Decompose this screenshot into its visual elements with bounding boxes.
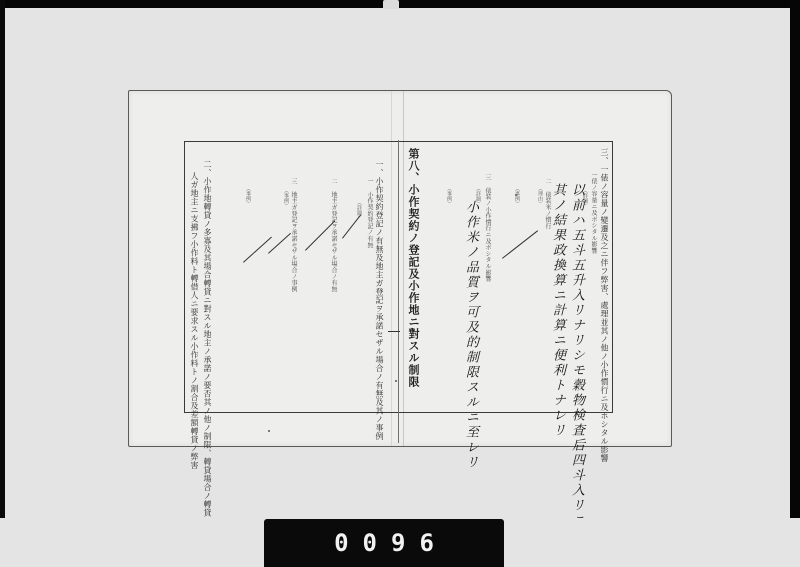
center-rule [398,140,399,443]
handwritten-col-3: 小作米ノ品質ヲ可及的制限スルニ至レリ [462,200,477,470]
item-1-sub-1: 一 小作契約登記ノ有無 [366,178,372,248]
item-1-sub-2: 二 地主ガ登記ヲ承諾セザル場合ノ有無 [330,178,336,292]
film-frame-tab [383,0,399,9]
item-3-heading: 三、一俵ノ容量ノ變遷及之ニ伴フ弊害、處理並其ノ他ノ小作慣行ニ及ホシタル影響 [600,148,608,463]
note-label: （理由） [537,186,542,206]
note-label: （事例） [514,186,519,206]
margin-mark [388,331,400,332]
item-3-sub-3: 三 俵装ノ小作慣行ニ及ボシタル影響 [484,174,490,282]
section-title: 第八、小作契約ノ登記及小作地ニ對スル制限 [408,148,419,388]
handwritten-col-1: 以前ハ五斗五升入リナリシモ穀物検査后四斗入リニ改ヘリ [568,183,583,567]
speck [395,380,397,382]
frame-number: 0096 [264,529,504,557]
item-1-sub-3: 三 地主ガ登記ヲ承諾セザル場合ノ事例 [290,178,296,292]
film-frame-right [790,0,800,567]
film-frame-top [0,0,800,8]
item-2-heading-b: 人ガ地主ニ支拂フ小作料ト轉借人ニ要求スル小作料トノ割合及差額轉貸ノ弊害 [190,172,198,470]
handwritten-col-2: 其ノ結果政換算ニ計算ニ便利トナレリ [549,183,564,438]
item-1-heading: 一、小作契約登記ノ有無及地主ガ登記ヲ承諾セザル場合ノ有無及其ノ事例 [375,160,383,441]
note-label: （事例） [245,186,250,206]
speck [268,430,270,432]
note-label: （事例） [283,188,288,208]
speck [515,194,517,196]
film-frame-left [0,0,5,567]
note-label: （事例） [446,186,451,206]
item-3-sub-1: 一俵ノ容量ニ及ボシタル影響 [590,172,596,254]
item-3-sub-2: 二 俵装米ノ慣行 [544,178,550,229]
film-label-strip: 0096 [264,519,504,567]
item-2-heading-a: 二、小作地轉貸ノ多寡及其場合轉貸ニ對スル地主ノ承諾ノ要否其ノ他ノ制限、轉貸場合ノ… [203,160,211,517]
